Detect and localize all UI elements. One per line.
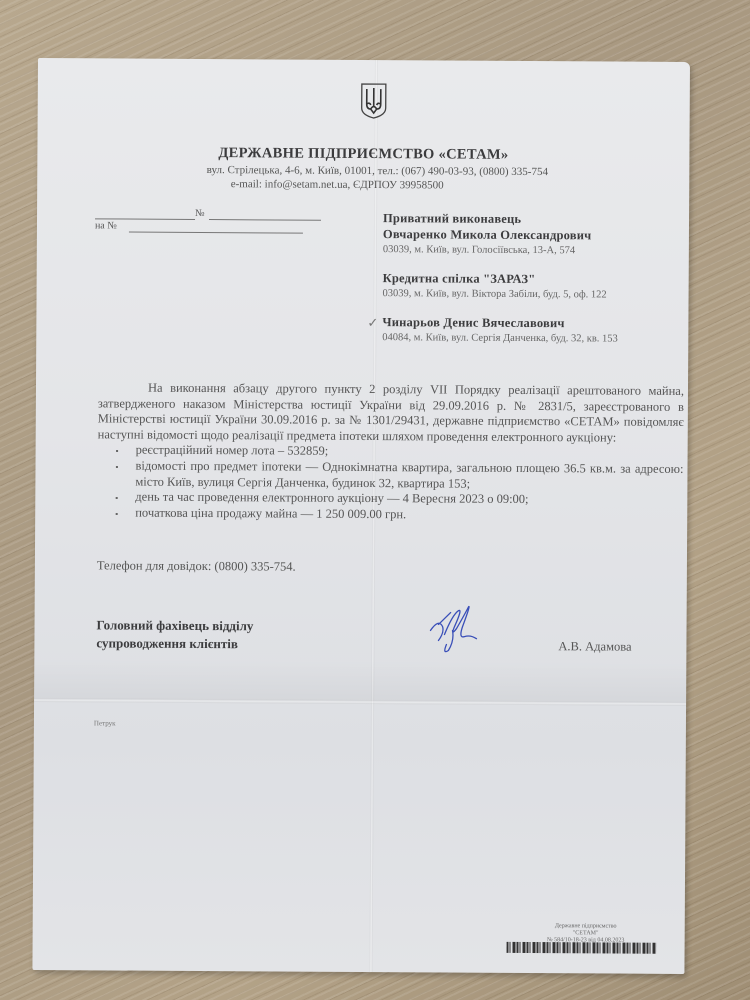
letter-body: На виконання абзацу другого пункту 2 роз…: [97, 380, 684, 524]
recipient-address: 03039, м. Київ, вул. Віктора Забіли, буд…: [383, 286, 683, 303]
reply-number-line: [129, 232, 303, 234]
barcode: [507, 942, 657, 954]
outgoing-number-line: [209, 219, 321, 221]
handwritten-signature: [424, 600, 484, 660]
recipient: Приватний виконавець Овчаренко Микола Ол…: [383, 210, 683, 259]
signer-position-line: Головний фахівець відділу: [96, 616, 253, 635]
recipient-name: Чинарьов Денис Вячеславович: [382, 314, 682, 332]
recipient-name: Кредитна спілка "ЗАРАЗ": [383, 270, 683, 288]
recipients-block: Приватний виконавець Овчаренко Микола Ол…: [382, 210, 683, 360]
signer-position-line: супроводження клієнтів: [96, 634, 253, 653]
fold-shadow: [34, 658, 686, 702]
reply-number-label: на №: [95, 220, 117, 231]
executor-name: Петрук: [94, 719, 116, 727]
lot-details-list: реєстраційний номер лота – 532859; відом…: [97, 443, 683, 525]
check-mark-icon: ✓: [367, 315, 378, 331]
signer-position: Головний фахівець відділу супроводження …: [96, 616, 253, 653]
recipient: Кредитна спілка "ЗАРАЗ" 03039, м. Київ, …: [383, 270, 683, 303]
recipient-address: 04084, м. Київ, вул. Сергія Данченка, бу…: [382, 330, 682, 347]
recipient: ✓ Чинарьов Денис Вячеславович 04084, м. …: [382, 314, 682, 347]
intro-paragraph: На виконання абзацу другого пункту 2 роз…: [98, 380, 684, 446]
organization-contact: e-mail: info@setam.net.ua, ЄДРПОУ 399585…: [57, 177, 617, 192]
tryzub-coat-of-arms-icon: [360, 82, 388, 120]
property-description-item: відомості про предмет іпотеки — Однокімн…: [115, 458, 683, 493]
organization-name: ДЕРЖАВНЕ ПІДПРИЄМСТВО «СЕТАМ»: [37, 144, 689, 165]
recipient-name: Овчаренко Микола Олександрович: [383, 226, 683, 244]
outgoing-number-label: №: [195, 208, 205, 219]
recipient-address: 03039, м. Київ, вул. Голосіївська, 13-А,…: [383, 242, 683, 259]
organization-address: вул. Стрілецька, 4-6, м. Київ, 01001, те…: [97, 163, 657, 178]
starting-price-item: початкова ціна продажу майна — 1 250 009…: [115, 505, 683, 524]
letter-page: ДЕРЖАВНЕ ПІДПРИЄМСТВО «СЕТАМ» вул. Стріл…: [32, 58, 690, 974]
reference-phone: Телефон для довідок: (0800) 335-754.: [97, 558, 296, 574]
recipient-title: Приватний виконавець: [383, 210, 683, 228]
signer-name: А.В. Адамова: [558, 639, 631, 654]
